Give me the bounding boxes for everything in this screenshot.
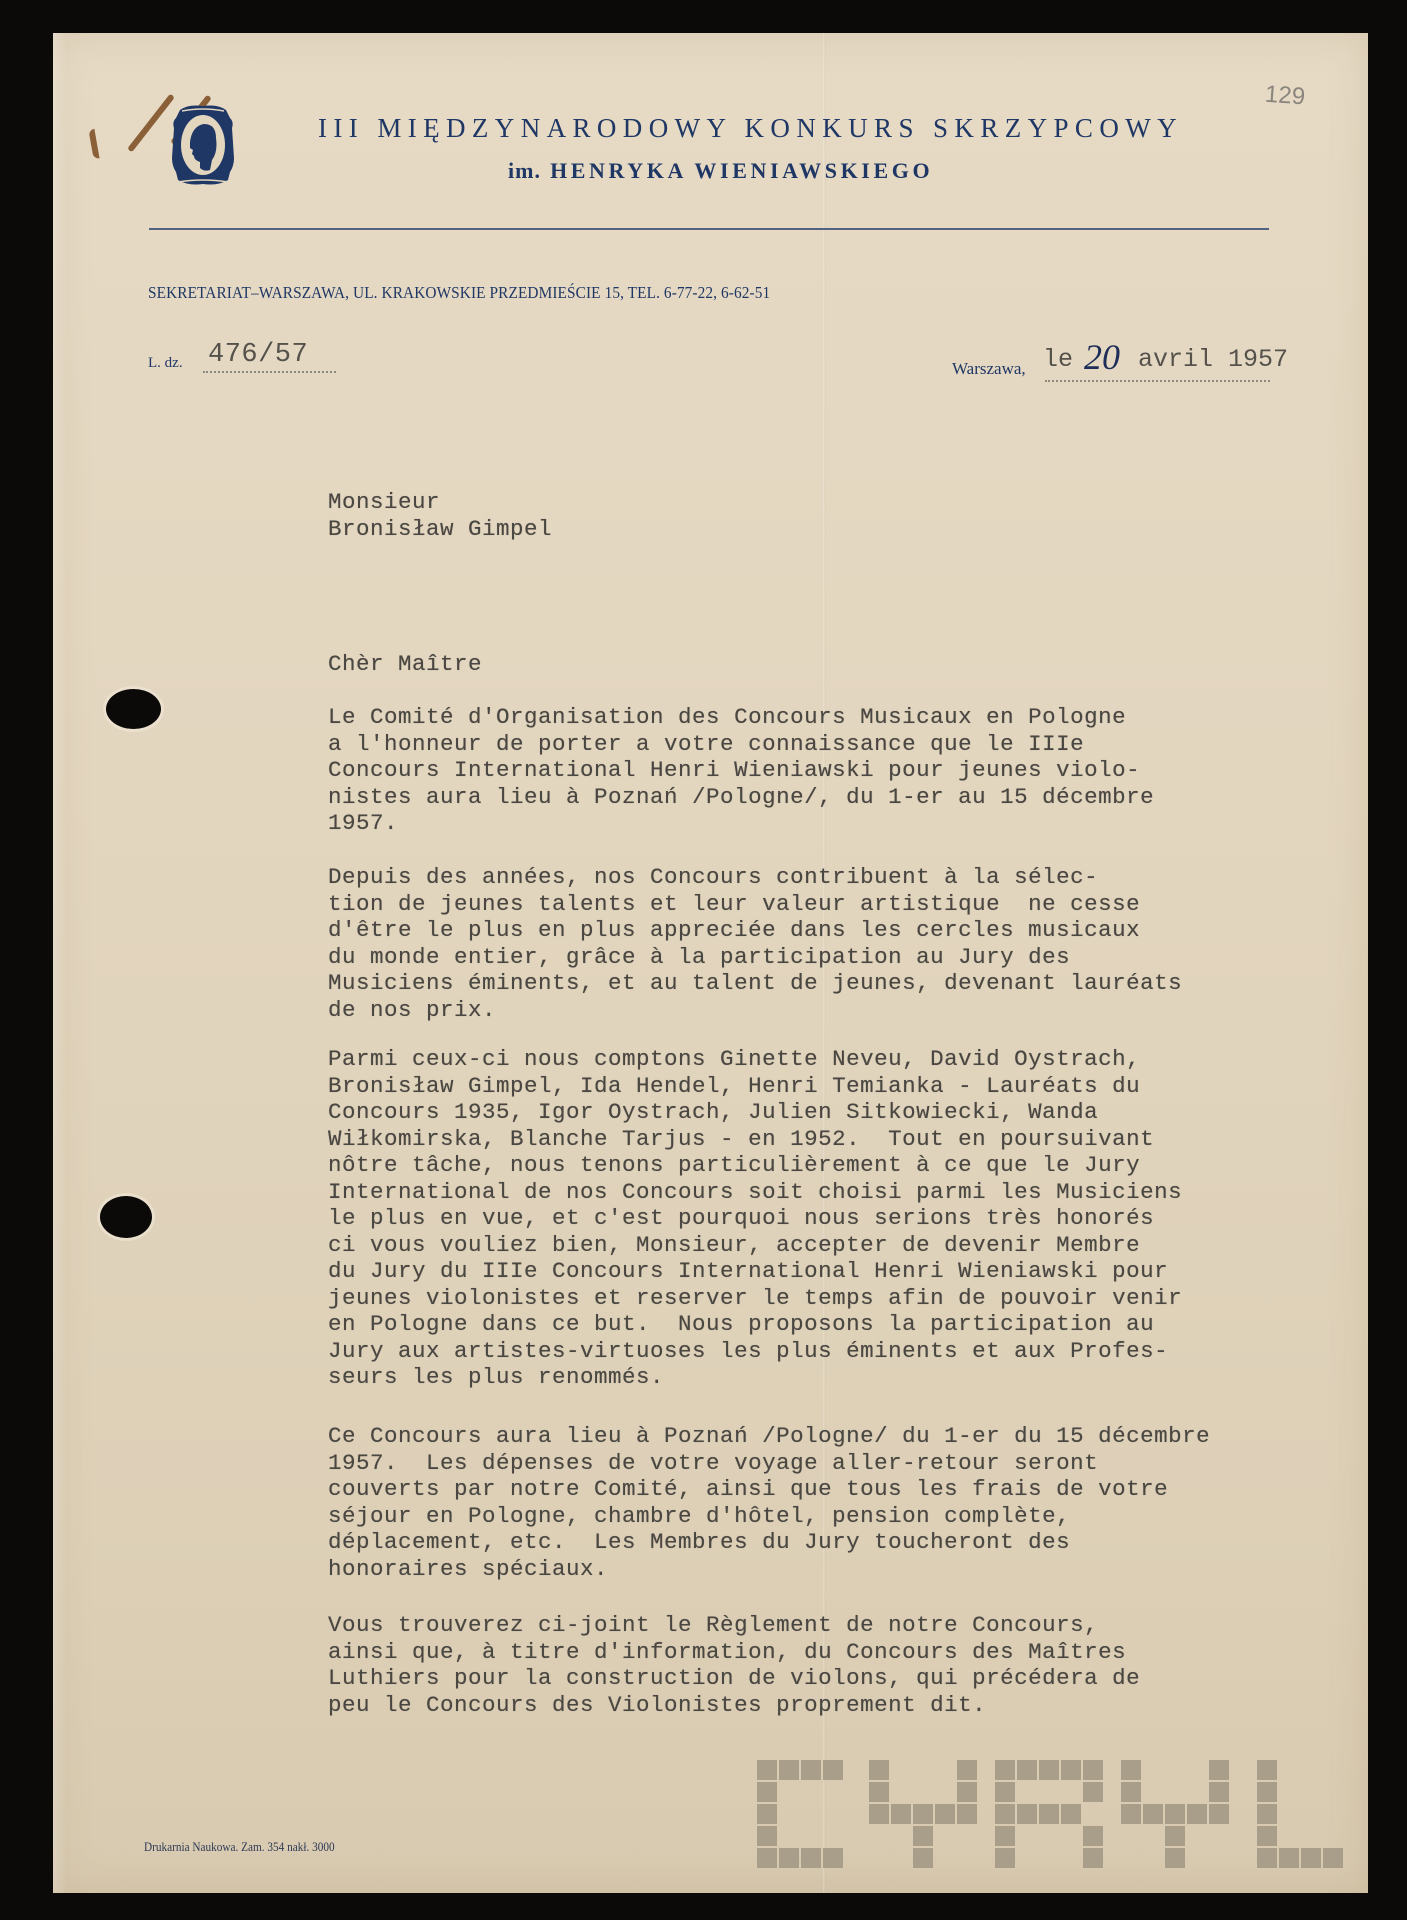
date-place-label: Warszawa, [952, 359, 1026, 379]
addressee-line-1: Monsieur [328, 489, 552, 516]
letterhead-divider [149, 228, 1269, 230]
letterhead-title: III MIĘDZYNARODOWY KONKURS SKRZYPCOWY [318, 113, 1183, 144]
reference-dotted-line [203, 371, 336, 373]
printer-imprint: Drukarnia Naukowa. Zam. 354 nakł. 3000 [144, 1840, 335, 1855]
date-month-year: avril 1957 [1138, 345, 1288, 374]
date-dotted-line [1045, 380, 1270, 382]
cyryl-watermark-logo [757, 1760, 1334, 1870]
paragraph-1: Le Comité d'Organisation des Concours Mu… [328, 704, 1154, 837]
date-prefix: le [1043, 345, 1073, 374]
addressee-line-2: Bronisław Gimpel [328, 516, 552, 543]
letterhead-subtitle-name: HENRYKA WIENIAWSKIEGO [550, 158, 933, 183]
reference-number: 476/57 [208, 340, 308, 370]
folio-number: 129 [1264, 81, 1306, 112]
salutation: Chèr Maître [328, 651, 482, 678]
letterhead-address: SEKRETARIAT–WARSZAWA, UL. KRAKOWSKIE PRZ… [148, 283, 770, 303]
reference-label: L. dz. [148, 355, 183, 372]
letterhead-subtitle-prefix: im. [508, 158, 541, 183]
punch-hole-top [106, 689, 161, 729]
paragraph-4: Ce Concours aura lieu à Poznań /Pologne/… [328, 1423, 1210, 1582]
punch-hole-bottom [100, 1196, 152, 1238]
paragraph-2: Depuis des années, nos Concours contribu… [328, 864, 1182, 1023]
addressee-block: MonsieurBronisław Gimpel [328, 489, 552, 542]
date-day-handwritten: 20 [1084, 336, 1120, 378]
letterhead-subtitle: im. HENRYKA WIENIAWSKIEGO [508, 158, 933, 184]
paragraph-3: Parmi ceux-ci nous comptons Ginette Neve… [328, 1046, 1182, 1391]
paragraph-5: Vous trouverez ci-joint le Règlement de … [328, 1612, 1140, 1718]
wieniawski-portrait-cameo-icon [168, 102, 238, 188]
